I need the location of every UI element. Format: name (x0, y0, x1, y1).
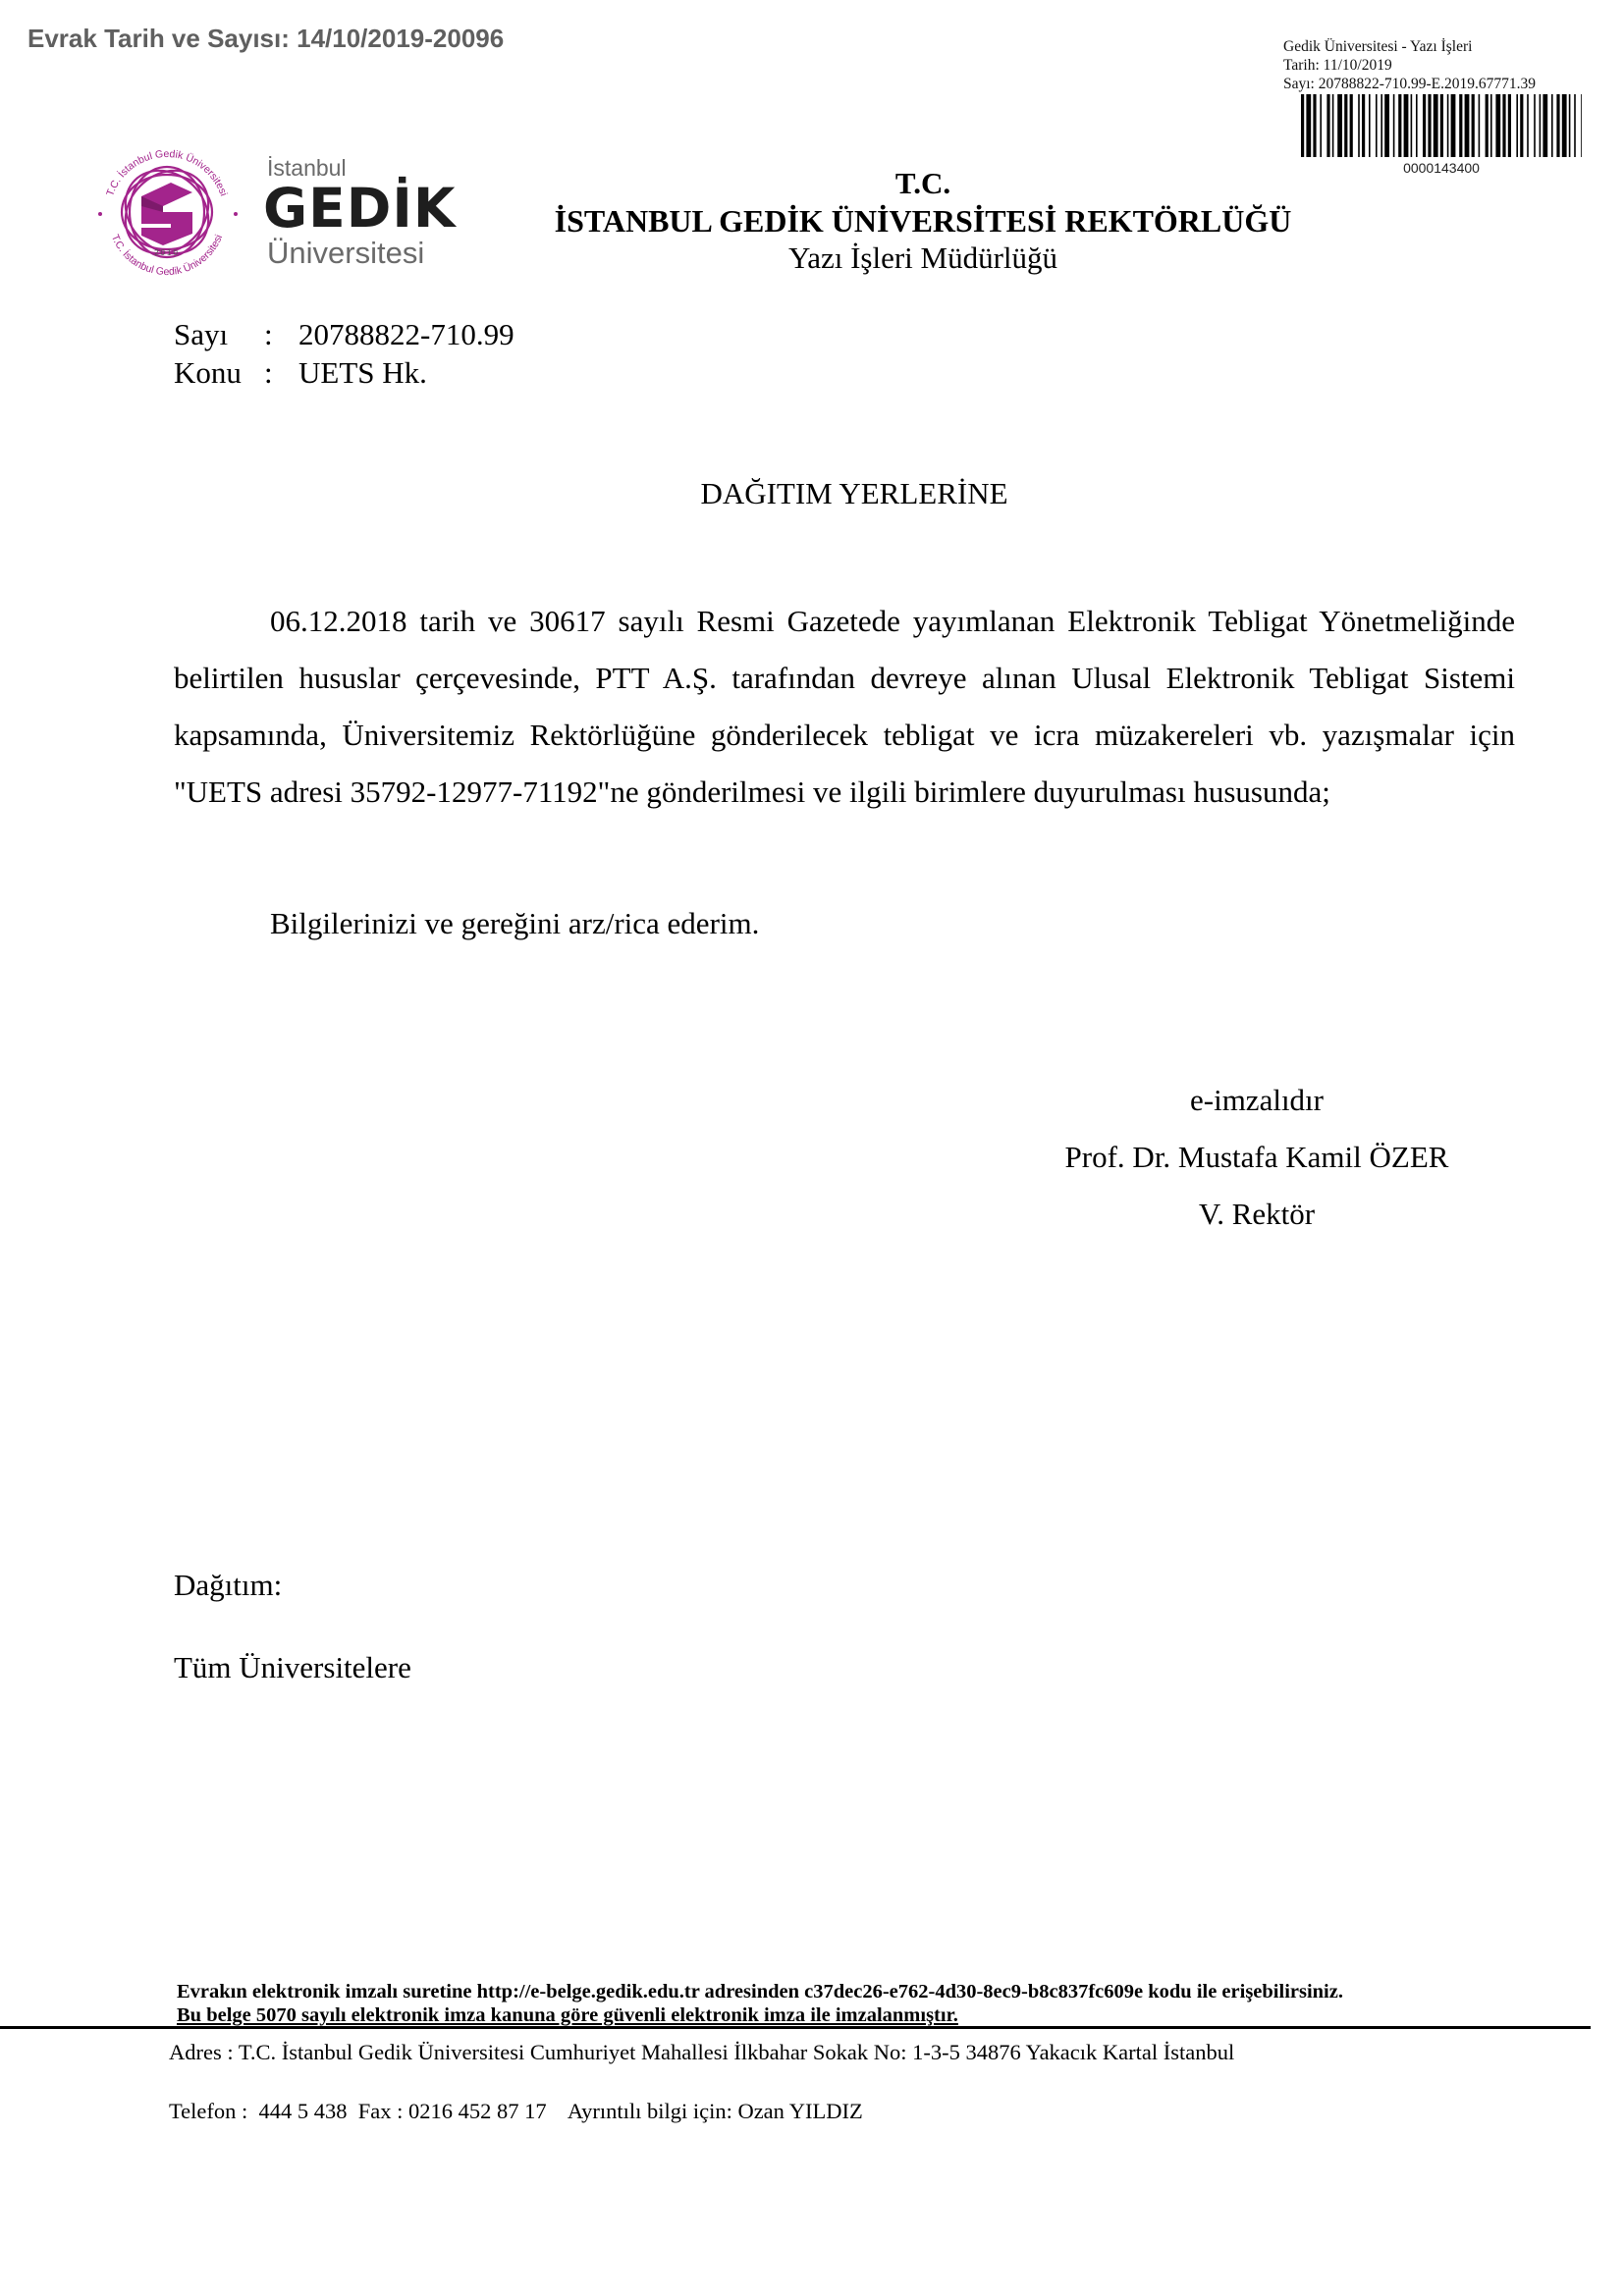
document-meta: Sayı : 20788822-710.99 Konu : UETS Hk. (174, 315, 514, 392)
meta-number-row: Sayı : 20788822-710.99 (174, 315, 514, 353)
org-name: İSTANBUL GEDİK ÜNİVERSİTESİ REKTÖRLÜĞÜ (530, 202, 1316, 240)
verification-notice: Evrakın elektronik imzalı suretine http:… (177, 1980, 1343, 2027)
document-date-number-header: Evrak Tarih ve Sayısı: 14/10/2019-20096 (27, 24, 504, 54)
signature-status: e-imzalıdır (1021, 1072, 1492, 1129)
footer-divider (0, 2026, 1591, 2029)
signatory-name: Prof. Dr. Mustafa Kamil ÖZER (1021, 1129, 1492, 1186)
seal-year: 2010 (154, 248, 180, 257)
recipient-heading: DAĞITIM YERLERİNE (0, 476, 1624, 511)
org-tc: T.C. (530, 165, 1316, 202)
meta-subject-row: Konu : UETS Hk. (174, 353, 514, 392)
organization-header: T.C. İSTANBUL GEDİK ÜNİVERSİTESİ REKTÖRL… (530, 165, 1316, 277)
subject-label: Konu (174, 353, 264, 392)
stamp-number: Sayı: 20788822-710.99-E.2019.67771.39 (1283, 75, 1578, 93)
stamp-office: Gedik Üniversitesi - Yazı İşleri (1283, 37, 1578, 56)
number-value: 20788822-710.99 (298, 315, 514, 353)
closing-line: Bilgilerinizi ve gereğini arz/rica ederi… (270, 906, 759, 941)
registry-stamp: Gedik Üniversitesi - Yazı İşleri Tarih: … (1283, 37, 1578, 93)
colon: : (264, 353, 298, 392)
logo-word-universitesi: Üniversitesi (267, 236, 424, 271)
subject-value: UETS Hk. (298, 353, 427, 392)
e-signature-statement: Bu belge 5070 sayılı elektronik imza kan… (177, 2003, 1343, 2027)
university-logo: 2010 T.C. İstanbul Gedik Üniversitesi T.… (88, 135, 461, 288)
university-seal-icon: 2010 T.C. İstanbul Gedik Üniversitesi T.… (88, 135, 245, 288)
colon: : (264, 315, 298, 353)
logo-word-gedik: GEDİK (263, 177, 456, 240)
stamp-date: Tarih: 11/10/2019 (1283, 56, 1578, 75)
org-department: Yazı İşleri Müdürlüğü (530, 240, 1316, 277)
body-paragraph: 06.12.2018 tarih ve 30617 sayılı Resmi G… (174, 593, 1515, 821)
distribution-label: Dağıtım: (174, 1568, 282, 1603)
signature-block: e-imzalıdır Prof. Dr. Mustafa Kamil ÖZER… (1021, 1072, 1492, 1243)
signatory-title: V. Rektör (1021, 1186, 1492, 1243)
barcode-number: 0000143400 (1283, 159, 1599, 178)
letter-body: 06.12.2018 tarih ve 30617 sayılı Resmi G… (174, 593, 1515, 821)
footer-contact: Telefon : 444 5 438 Fax : 0216 452 87 17… (169, 2099, 863, 2124)
distribution-item: Tüm Üniversitelere (174, 1650, 411, 1685)
footer-address: Adres : T.C. İstanbul Gedik Üniversitesi… (169, 2040, 1234, 2065)
barcode-icon (1301, 94, 1582, 157)
verification-line: Evrakın elektronik imzalı suretine http:… (177, 1980, 1343, 2003)
number-label: Sayı (174, 315, 264, 353)
